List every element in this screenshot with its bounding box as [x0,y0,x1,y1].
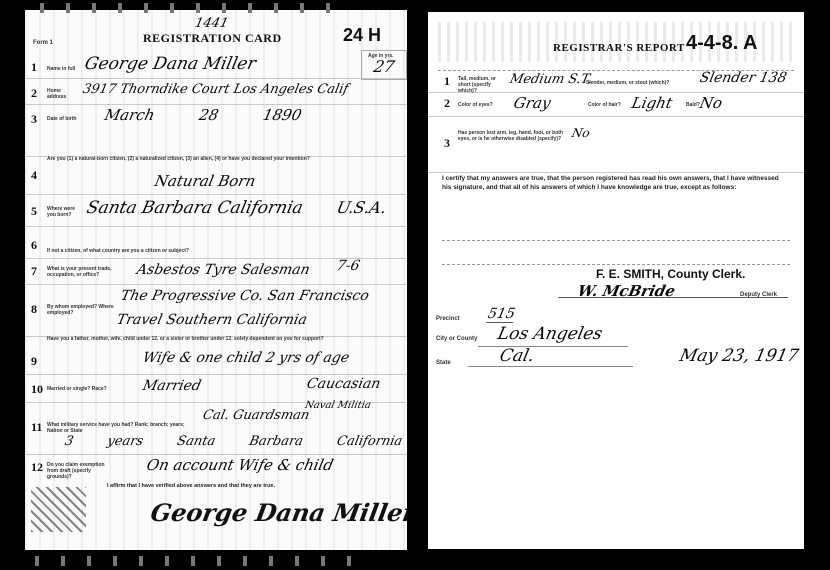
exemption-value: On account Wife & child [145,456,335,474]
dependents-value: Wife & one child 2 yrs of age [141,350,351,366]
row-exemption: 12 Do you claim exemption from draft (sp… [25,454,407,480]
affirmation-text: I affirm that I have verified above answ… [107,482,275,491]
name-value: George Dana Miller [83,54,258,74]
deputy-label: Deputy Clerk [740,292,777,298]
height-value: Medium S.T. [508,72,593,87]
film-edge-bottom [35,553,830,563]
row-citizenship: Are you (1) a natural-born citizen, (2) … [25,156,407,195]
exception-line-2 [442,264,790,265]
bald-value: No [698,94,724,112]
row-dependents: Have you a father, mother, wife, child u… [25,336,407,375]
registration-date: May 23, 1917 [678,346,801,366]
military-note: Naval Militia [304,400,372,411]
registrars-report-card: REGISTRAR'S REPORT 4-4-8. A 1 Tall, medi… [428,12,804,549]
row-occupation: 7 What is your present trade, occupation… [25,258,407,285]
handwritten-serial: 1441 [193,16,229,31]
disability-value: No [571,126,592,140]
military-value: Cal. Guardsman [201,408,310,423]
birthplace-value: Santa Barbara California [85,198,305,218]
hair-color-value: Light [630,94,674,112]
citizenship-value: Natural Born [153,172,257,190]
row-birthdate: 3 Date of birth March 28 1890 [25,104,407,157]
registrant-signature: George Dana Miller [148,498,407,527]
precinct-value: 515 [486,306,516,323]
precinct-label: Precinct [436,316,460,322]
occupation-note: 7-6 [335,258,361,274]
eye-color-value: Gray [512,94,552,112]
report-number: 4-4-8. A [686,32,758,55]
employer-value: The Progressive Co. San Francisco [119,288,370,304]
certification-text: I certify that my answers are true, that… [442,174,788,192]
corner-stamp [31,487,86,532]
city-label: City or County [436,336,484,342]
county-clerk-name: F. E. SMITH, County Clerk. [596,267,745,281]
report-row-eyes-hair: 2 Color of eyes? Gray Color of hair? Lig… [428,92,804,117]
state-value: Cal. [498,346,536,366]
race-value: Caucasian [305,376,382,392]
age-box: Age in yrs. 27 [361,50,407,80]
city-line [478,346,628,347]
form-number-label: Form 1 [33,40,53,46]
report-title: REGISTRAR'S REPORT [553,42,685,54]
registration-number: 24 H [343,25,381,46]
report-row-build: 1 Tall, medium, or short (specify which)… [428,70,804,93]
exception-line-1 [442,240,790,241]
country-value: U.S.A. [335,198,388,217]
military-years-value: 3 years Santa Barbara California [63,434,403,449]
row-name: 1 Name in full George Dana Miller Age in… [25,50,407,79]
row-military-service: 11 What military service have you had? R… [25,402,407,455]
deputy-signature: W. McBride [576,282,677,300]
address-value: 3917 Thorndike Court Los Angeles Calif [81,82,349,97]
state-line [468,366,633,367]
age-value: 27 [372,57,396,76]
employment-place-value: Travel Southern California [115,312,308,328]
build-value: Slender 138 [698,70,788,86]
row-marital-race: 10 Married or single? Race? Married Cauc… [25,374,407,403]
occupation-value: Asbestos Tyre Salesman [135,262,311,278]
row-employer: 8 By whom employed? Where employed? The … [25,284,407,337]
registration-card: Form 1 1441 REGISTRATION CARD 24 H 1 Nam… [25,10,407,550]
row-birthplace: 5 Where were you born? Santa Barbara Cal… [25,194,407,227]
row-address: 2 Home address 3917 Thorndike Court Los … [25,78,407,105]
city-value: Los Angeles [496,324,604,344]
card-title: REGISTRATION CARD [143,31,282,46]
report-row-disability: 3 Has person lost arm, leg, hand, foot, … [428,116,804,173]
film-edge-top [40,0,830,10]
state-label: State [436,360,451,366]
row-foreign-citizenship: 6 If not a citizen, of what country are … [25,226,407,259]
birthdate-value: March 28 1890 [103,106,303,124]
marital-value: Married [141,378,202,394]
